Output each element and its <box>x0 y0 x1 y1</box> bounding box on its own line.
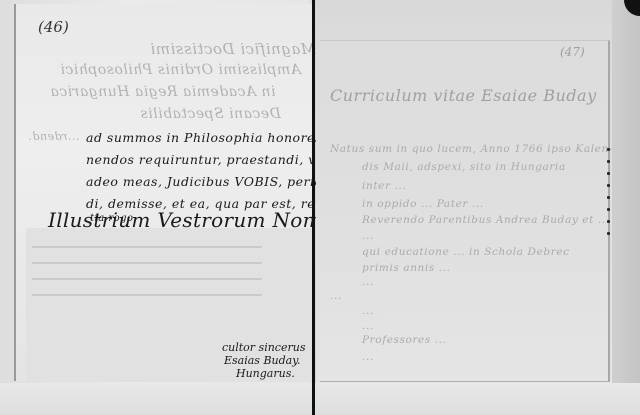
faint-line: ... <box>362 230 374 242</box>
body-line: ad summos in Philosophia honores o <box>86 130 334 145</box>
faint-line: ... <box>362 320 374 332</box>
faint-line: dis Maii, adspexi, sito in Hungaria <box>362 161 566 173</box>
signature-line: cultor sincerus <box>222 341 305 354</box>
signature-line: Hungarus. <box>236 367 295 380</box>
faint-line: Natus sum in quo lucem, Anno 1766 ipso K… <box>330 143 613 155</box>
faint-line: qui educatione ... in Schola Debrec <box>362 246 570 258</box>
body-line: adeo meas, Judicibus VOBIS, pericl <box>86 174 327 189</box>
faint-line: Professores ... <box>362 334 447 346</box>
faint-line: primis annis ... <box>362 262 451 274</box>
faint-line: in oppido ... Pater ... <box>362 198 484 210</box>
left-page-number: (46) <box>38 18 69 36</box>
faint-line: Reverendo Parentibus Andrea Buday et ... <box>362 214 610 226</box>
faint-line: ... <box>362 351 374 363</box>
book-spine-lower <box>312 383 315 415</box>
scan-bottom-margin <box>0 383 640 415</box>
right-page-number: (47) <box>560 45 585 59</box>
right-margin-strip <box>612 0 640 415</box>
signature-name: Esaias Buday. <box>224 354 300 367</box>
binding-stitch-marks <box>607 148 611 258</box>
faint-line: ... <box>362 276 374 288</box>
faint-line: ... <box>362 305 374 317</box>
bleed-heading-line: in Academia Regia Hungarica <box>50 84 276 100</box>
bleed-heading-line: Amplissimi Ordinis Philosophici <box>60 62 301 78</box>
bleed-heading-line: Decani Spectabilis <box>140 106 281 122</box>
faint-line: inter ... <box>362 180 406 192</box>
book-spine <box>312 0 315 415</box>
right-page-title: Curriculum vitae Esaiae Buday <box>330 86 597 105</box>
bleed-through-lines <box>32 236 262 296</box>
faint-line: ... <box>330 290 342 302</box>
bleed-margin-note: ...rdend. <box>28 130 79 143</box>
